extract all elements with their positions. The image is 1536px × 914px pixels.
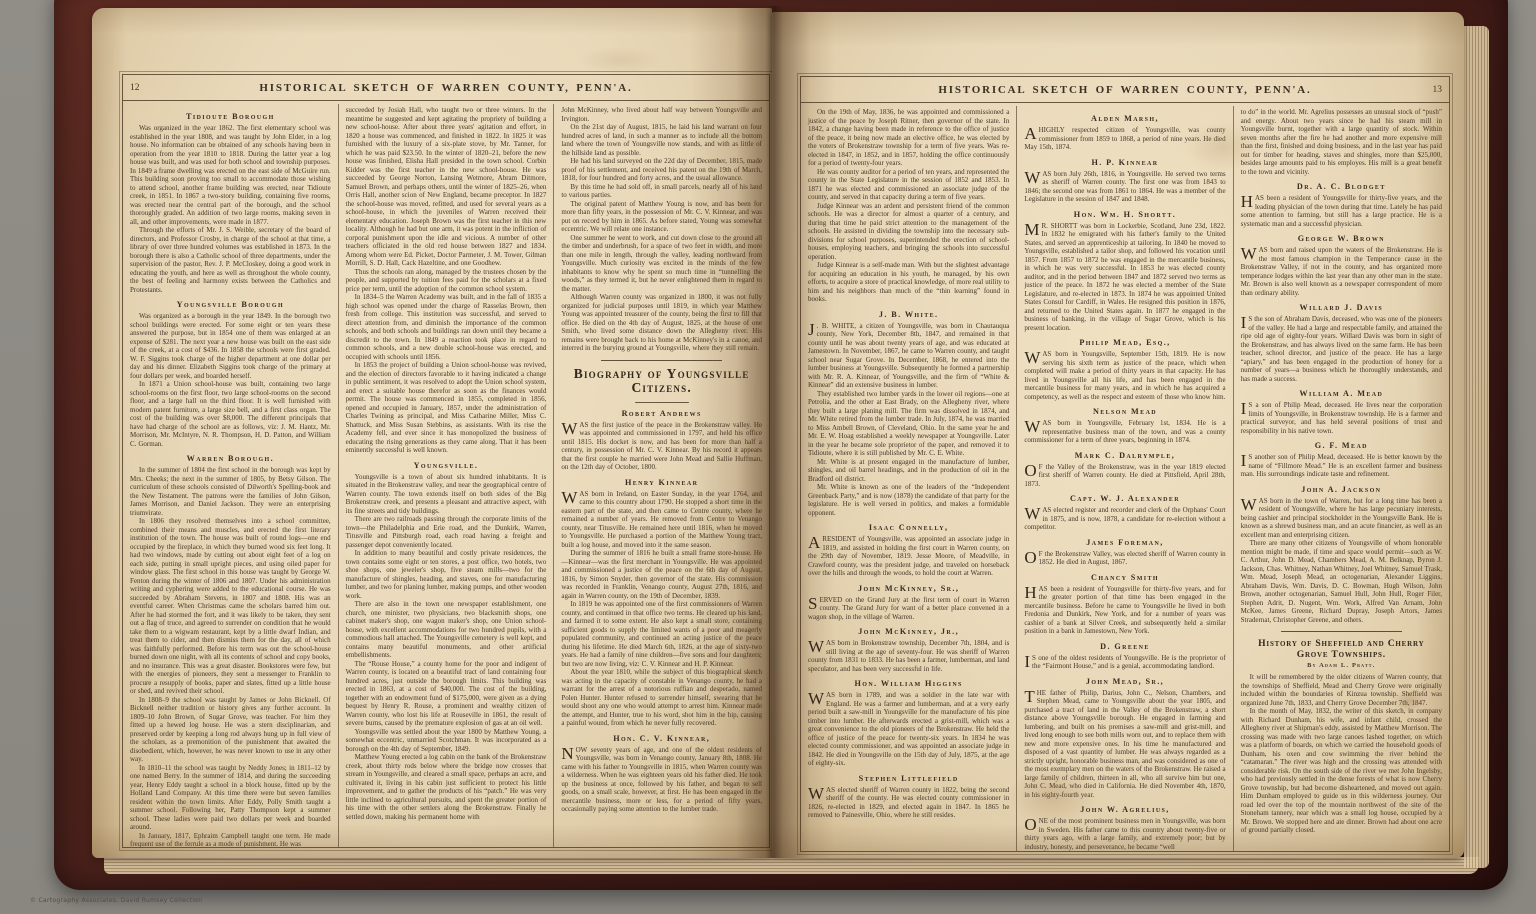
paragraph: Judge Kinnear is a self-made man. With b… [808, 261, 1009, 304]
section-heading: Youngsville Borough [130, 300, 331, 309]
paragraph-continued: to do” in the world. Mr. Agrelius posses… [1241, 108, 1442, 176]
paragraph: In 1808–9 the school was taught by James… [130, 696, 331, 764]
paragraph: Mr. White is at present engaged in the m… [808, 458, 1009, 484]
section-heading: John McKinney, Jr., [808, 627, 1009, 636]
paragraph-with-dropcap: WAS born in Ireland, on Easter Sunday, i… [561, 490, 762, 550]
page-right-printed-frame: HISTORICAL SKETCH OF WARREN COUNTY, PENN… [800, 76, 1450, 852]
section-heading: John W. Agrelius, [1024, 805, 1225, 814]
paragraph-with-dropcap: IS the son of Abraham Davis, deceased, w… [1241, 315, 1442, 383]
section-heading: H. P. Kinnear [1024, 158, 1225, 167]
drop-cap-letter: A [808, 535, 822, 551]
section-heading: Tidioute Borough [130, 112, 331, 121]
paragraph: It will be remembered by the older citiz… [1241, 673, 1442, 707]
collection-watermark: © Cartography Associates, David Rumsey C… [30, 897, 202, 904]
paragraph-with-dropcap: WAS born in 1789, and was a soldier in t… [808, 691, 1009, 768]
running-title-right: HISTORICAL SKETCH OF WARREN COUNTY, PENN… [842, 84, 1408, 96]
page-13-column-2: Alden Marsh,A HIGHLY respected citizen o… [1016, 106, 1232, 851]
paragraph: They established two lumber yards in the… [808, 390, 1009, 458]
page-right-header: HISTORICAL SKETCH OF WARREN COUNTY, PENN… [801, 77, 1449, 103]
paragraph: In 1810–11 the school was taught by Nedd… [130, 764, 331, 832]
paragraph: He had his land surveyed on the 22d day … [561, 157, 762, 183]
paragraph: The original patent of Matthew Young is … [561, 200, 762, 234]
paragraph-with-dropcap: WAS the first justice of the peace in th… [561, 421, 762, 472]
page-left-header: 12 HISTORICAL SKETCH OF WARREN COUNTY, P… [123, 75, 769, 101]
paragraph: Youngsville was settled about the year 1… [346, 728, 547, 754]
paragraph-with-dropcap: WAS born July 26th, 1816, in Youngsville… [1024, 170, 1225, 204]
paragraph-with-dropcap: WAS born in Youngsville, September 15th,… [1024, 350, 1225, 401]
paragraph: There are two railroads passing through … [346, 515, 547, 549]
section-divider-rule [601, 360, 721, 361]
paragraph-with-dropcap: IS a son of Philip Mead, deceased. He li… [1241, 401, 1442, 435]
paragraph: During the summer of 1816 he built a sma… [561, 549, 762, 600]
page-13-column-1: On the 19th of May, 1836, he was appoint… [801, 106, 1016, 851]
page-left: 12 HISTORICAL SKETCH OF WARREN COUNTY, P… [92, 8, 772, 858]
page-number-right: 13 [1408, 85, 1442, 95]
section-heading: Mark C. Dalrymple, [1024, 451, 1225, 460]
section-heading: John McKinney, Sr., [808, 584, 1009, 593]
decorative-flourish [635, 397, 689, 403]
drop-cap-letter: O [1024, 550, 1038, 566]
section-heading: Youngsville. [346, 461, 547, 470]
page-12-column-1: Tidioute BoroughWas organized in the yea… [123, 104, 338, 847]
drop-cap-letter: W [1241, 246, 1259, 262]
section-heading: Philip Mead, Esq., [1024, 338, 1225, 347]
drop-cap-letter: T [1024, 689, 1036, 705]
drop-cap-letter: I [1024, 654, 1032, 670]
paragraph: On the 21st day of August, 1815, he laid… [561, 123, 762, 157]
paragraph-with-dropcap: J. B. WHITE, a citizen of Youngsville, w… [808, 322, 1009, 390]
paragraph: In the month of May, 1832, the writer of… [1241, 707, 1442, 835]
paragraph: In the summer of 1804 the first school i… [130, 466, 331, 517]
section-heading: Dr. A. C. Blodget [1241, 182, 1442, 191]
paragraph-with-dropcap: ONE of the most prominent business men i… [1024, 817, 1225, 851]
drop-cap-letter: A [1024, 126, 1038, 142]
section-heading: Hon. Wm. H. Shortt. [1024, 210, 1225, 219]
section-heading: D. Greene [1024, 642, 1225, 651]
drop-cap-letter: H [1024, 585, 1038, 601]
section-heading: Chancy Smith [1024, 573, 1225, 582]
page-number-left: 12 [130, 83, 164, 93]
section-heading: Stephen Littlefield [808, 774, 1009, 783]
article-title: History of Sheffield and Cherry Grove To… [1249, 638, 1434, 660]
drop-cap-letter: O [1024, 463, 1038, 479]
page-edges-right [1464, 26, 1489, 868]
photo-of-open-book: { "watermark": "© Cartography Associates… [0, 0, 1536, 914]
section-heading: William A. Mead [1241, 389, 1442, 398]
drop-cap-letter: W [808, 691, 826, 707]
drop-cap-letter: W [1241, 497, 1259, 513]
drop-cap-letter: W [1024, 350, 1042, 366]
paragraph: Through the efforts of Mr. J. S. Weible,… [130, 226, 331, 294]
paragraph: There are many other citizens of Youngsv… [1241, 539, 1442, 624]
paragraph-with-dropcap: MR. SHORTT was born in Lockerbie, Scotla… [1024, 222, 1225, 333]
paragraph-with-dropcap: NOW seventy years of age, and one of the… [561, 746, 762, 814]
drop-cap-letter: I [1241, 453, 1249, 469]
biography-section-title: Biography of Youngsville Citizens. [561, 367, 762, 395]
paragraph: In 1819 he was appointed one of the firs… [561, 600, 762, 668]
paragraph-with-dropcap: WAS born in the town of Warren, but for … [1241, 497, 1442, 540]
drop-cap-letter: O [1024, 817, 1038, 833]
section-divider-rule [1281, 631, 1402, 632]
section-heading: John A. Jackson [1241, 485, 1442, 494]
paragraph-with-dropcap: WAS born and raised upon the waters of t… [1241, 246, 1442, 297]
paragraph-with-dropcap: WAS born in Brokenstraw township, Decemb… [808, 639, 1009, 673]
paragraph-with-dropcap: A RESIDENT of Youngsville, was appointed… [808, 535, 1009, 578]
section-heading: Hon. C. V. Kinnear, [561, 734, 762, 743]
page-right: HISTORICAL SKETCH OF WARREN COUNTY, PENN… [772, 12, 1464, 858]
section-heading: Hon. William Higgins [808, 679, 1009, 688]
drop-cap-letter: W [1024, 506, 1042, 522]
section-heading: Willard J. Davis [1241, 303, 1442, 312]
byline: By Adam L. Pratt. [1241, 662, 1442, 669]
paragraph: The “Rouse House,” a county home for the… [346, 660, 547, 728]
paragraph: There are also in the town one newspaper… [346, 600, 547, 660]
drop-cap-letter: M [1024, 222, 1041, 238]
paragraph: Matthew Young erected a log cabin on the… [346, 753, 547, 821]
paragraph-with-dropcap: SERVED on the Grand Jury at the first te… [808, 596, 1009, 622]
drop-cap-letter: N [561, 746, 575, 762]
section-heading: Capt. W. J. Alexander [1024, 494, 1225, 503]
paragraph: Mr. White is known as one of the leaders… [808, 483, 1009, 517]
paragraph: Although Warren county was organized in … [561, 293, 762, 353]
paragraph: About the year 1810, while the subject o… [561, 668, 762, 728]
paragraph: On the 19th of May, 1836, he was appoint… [808, 108, 1009, 168]
section-heading: Alden Marsh, [1024, 114, 1225, 123]
drop-cap-letter: J [808, 322, 817, 338]
paragraph-with-dropcap: WAS born in Youngsville, February 1st, 1… [1024, 419, 1225, 445]
drop-cap-letter: W [808, 639, 826, 655]
section-heading: John Mead, Sr., [1024, 677, 1225, 686]
drop-cap-letter: H [1241, 194, 1255, 210]
paragraph-with-dropcap: A HIGHLY respected citizen of Youngsvill… [1024, 126, 1225, 152]
running-title-left: HISTORICAL SKETCH OF WARREN COUNTY, PENN… [164, 82, 728, 94]
page-13-column-3: to do” in the world. Mr. Agrelius posses… [1233, 106, 1449, 851]
page-left-printed-frame: 12 HISTORICAL SKETCH OF WARREN COUNTY, P… [122, 74, 770, 848]
paragraph-continued: John McKinney, who lived about half way … [561, 106, 762, 123]
paragraph-with-dropcap: THE father of Philip, Darius, John C., N… [1024, 689, 1225, 800]
drop-cap-letter: I [1241, 401, 1249, 417]
paragraph: Judge Kinnear was an ardent and persiste… [808, 202, 1009, 262]
paragraph-with-dropcap: IS another son of Philip Mead, deceased.… [1241, 453, 1442, 479]
section-heading: J. B. White. [808, 310, 1009, 319]
drop-cap-letter: I [1241, 315, 1249, 331]
drop-cap-letter: W [1024, 419, 1042, 435]
paragraph-with-dropcap: WAS elected register and recorder and cl… [1024, 506, 1225, 532]
section-heading: G. F. Mead [1241, 441, 1442, 450]
paragraph: Was organized as a borough in the year 1… [130, 312, 331, 380]
page-12-column-3: John McKinney, who lived about half way … [553, 104, 769, 847]
drop-cap-letter: W [1024, 170, 1042, 186]
paragraph: Youngsville is a town of about six hundr… [346, 473, 547, 516]
paragraph-with-dropcap: WAS elected sheriff of Warren county in … [808, 786, 1009, 820]
paragraph: In 1853 the project of building a Union … [346, 361, 547, 455]
paragraph: In 1871 a Union school-house was built, … [130, 380, 331, 448]
paragraph: In addition to many beautiful and costly… [346, 549, 547, 600]
paragraph: In January, 1817, Ephraim Campbell taugh… [130, 832, 331, 848]
drop-cap-letter: W [808, 786, 826, 802]
page-12-column-2: succeeded by Josiah Hall, who taught two… [338, 104, 554, 847]
paragraph-with-dropcap: HAS been a resident of Youngsville for t… [1241, 194, 1442, 228]
paragraph: Thus the schools ran along, managed by t… [346, 268, 547, 294]
section-heading: James Foreman, [1024, 538, 1225, 547]
page-right-columns: On the 19th of May, 1836, he was appoint… [801, 103, 1449, 851]
drop-cap-letter: W [561, 490, 579, 506]
paragraph: By this time he had sold off, in small p… [561, 183, 762, 200]
paragraph: In 1834–5 the Warren Academy was built, … [346, 293, 547, 361]
page-left-columns: Tidioute BoroughWas organized in the yea… [123, 101, 769, 847]
paragraph-with-dropcap: HAS been a resident of Youngsville for t… [1024, 585, 1225, 636]
paragraph: He was county auditor for a period of te… [808, 168, 1009, 202]
drop-cap-letter: W [561, 421, 579, 437]
paragraph-with-dropcap: OF the Valley of the Brokenstraw, was in… [1024, 463, 1225, 489]
page-edges-bottom [104, 857, 1479, 874]
paragraph-continued: succeeded by Josiah Hall, who taught two… [346, 106, 547, 268]
paragraph-with-dropcap: IS one of the oldest residents of Youngs… [1024, 654, 1225, 671]
paragraph: One summer he went to work, and cut down… [561, 234, 762, 294]
section-heading: Isaac Connelly, [808, 523, 1009, 532]
drop-cap-letter: S [808, 596, 819, 612]
section-heading: George W. Brown [1241, 234, 1442, 243]
section-heading: Henry Kinnear [561, 478, 762, 487]
section-heading: Nelson Mead [1024, 407, 1225, 416]
paragraph: Was organized in the year 1862. The firs… [130, 124, 331, 226]
section-heading: Warren Borough. [130, 454, 331, 463]
paragraph: In 1806 they resolved themselves into a … [130, 517, 331, 696]
paragraph-with-dropcap: OF the Brokenstraw Valley, was elected s… [1024, 550, 1225, 567]
section-heading: Robert Andrews [561, 409, 762, 418]
